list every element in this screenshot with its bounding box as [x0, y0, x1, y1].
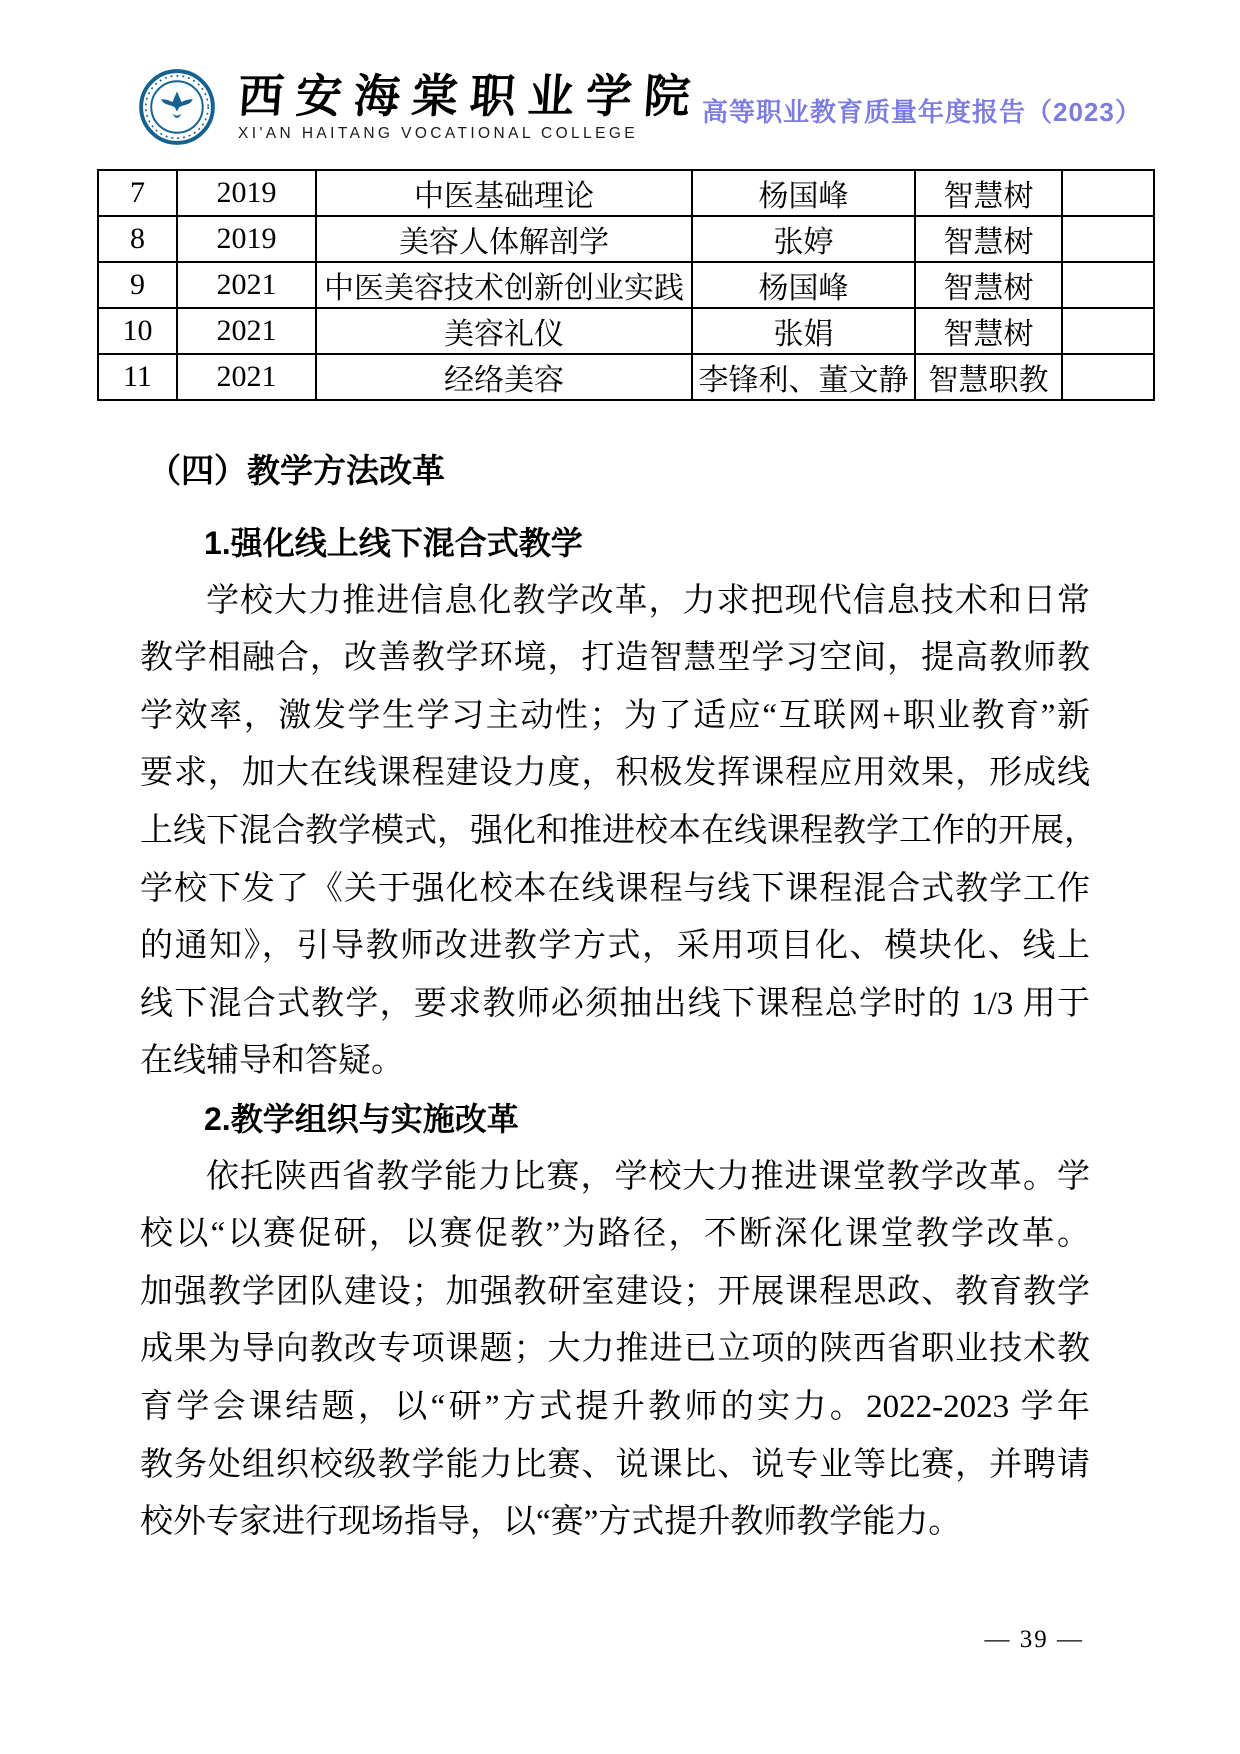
cell-course: 经络美容: [316, 354, 692, 400]
cell-note: [1062, 354, 1154, 400]
cell-teacher: 杨国峰: [692, 262, 915, 308]
cell-course: 中医美容技术创新创业实践: [316, 262, 692, 308]
paragraph-line: 加强教学团队建设；加强教研室建设；开展课程思政、教育教学: [140, 1264, 1090, 1322]
page-number: — 39 —: [985, 1626, 1085, 1654]
paragraph-line: 学效率，激发学生学习主动性；为了适应“互联网+职业教育”新: [140, 688, 1090, 746]
paragraph-line: 的通知》，引导教师改进教学方式，采用项目化、模块化、线上: [140, 918, 1090, 976]
cell-note: [1062, 262, 1154, 308]
cell-note: [1062, 216, 1154, 262]
paragraph-line: 线下混合式教学，要求教师必须抽出线下课程总学时的 1/3 用于: [140, 976, 1090, 1034]
paragraph-line: 校外专家进行现场指导，以“赛”方式提升教师教学能力。: [140, 1494, 1090, 1552]
cell-platform: 智慧树: [915, 308, 1062, 354]
cell-no: 9: [98, 262, 177, 308]
college-seal-icon: [138, 68, 216, 146]
cell-course: 美容人体解剖学: [316, 216, 692, 262]
table-row: 9 2021 中医美容技术创新创业实践 杨国峰 智慧树: [98, 262, 1154, 308]
cell-teacher: 李锋利、董文静: [692, 354, 915, 400]
cell-teacher: 张婷: [692, 216, 915, 262]
college-name-en: XI'AN HAITANG VOCATIONAL COLLEGE: [238, 125, 702, 143]
cell-teacher: 张娟: [692, 308, 915, 354]
cell-no: 10: [98, 308, 177, 354]
subsection-2-title: 2.教学组织与实施改革: [140, 1091, 1090, 1149]
table-row: 7 2019 中医基础理论 杨国峰 智慧树: [98, 170, 1154, 216]
online-courses-table: 7 2019 中医基础理论 杨国峰 智慧树 8 2019 美容人体解剖学 张婷 …: [97, 169, 1155, 401]
college-brand: 西安海棠职业学院 XI'AN HAITANG VOCATIONAL COLLEG…: [138, 68, 702, 146]
paragraph-line: 要求，加大在线课程建设力度，积极发挥课程应用效果，形成线: [140, 745, 1090, 803]
paragraph-line: 依托陕西省教学能力比赛，学校大力推进课堂教学改革。学: [140, 1149, 1090, 1207]
subsection-1-title: 1.强化线上线下混合式教学: [140, 515, 1090, 573]
page-header: 西安海棠职业学院 XI'AN HAITANG VOCATIONAL COLLEG…: [0, 0, 1240, 146]
cell-year: 2019: [177, 170, 316, 216]
paragraph-line: 成果为导向教改专项课题；大力推进已立项的陕西省职业技术教: [140, 1321, 1090, 1379]
body-text: 1.强化线上线下混合式教学 学校大力推进信息化教学改革，力求把现代信息技术和日常…: [140, 515, 1090, 1552]
paragraph-line: 育学会课结题，以“研”方式提升教师的实力。2022-2023 学年: [140, 1379, 1090, 1437]
report-title: 高等职业教育质量年度报告（2023）: [702, 92, 1142, 129]
cell-no: 7: [98, 170, 177, 216]
paragraph-line: 校以“以赛促研，以赛促教”为路径，不断深化课堂教学改革。: [140, 1206, 1090, 1264]
cell-note: [1062, 170, 1154, 216]
paragraph-line: 上线下混合教学模式，强化和推进校本在线课程教学工作的开展，: [140, 803, 1090, 861]
college-name-block: 西安海棠职业学院 XI'AN HAITANG VOCATIONAL COLLEG…: [238, 71, 702, 143]
paragraph-line: 学校下发了《关于强化校本在线课程与线下课程混合式教学工作: [140, 861, 1090, 919]
cell-no: 11: [98, 354, 177, 400]
cell-year: 2021: [177, 262, 316, 308]
cell-no: 8: [98, 216, 177, 262]
paragraph-line: 教学相融合，改善教学环境，打造智慧型学习空间，提高教师教: [140, 630, 1090, 688]
section-heading: （四）教学方法改革: [148, 447, 1240, 495]
cell-platform: 智慧职教: [915, 354, 1062, 400]
college-name-cn: 西安海棠职业学院: [236, 71, 703, 121]
table-row: 8 2019 美容人体解剖学 张婷 智慧树: [98, 216, 1154, 262]
cell-note: [1062, 308, 1154, 354]
document-page: 西安海棠职业学院 XI'AN HAITANG VOCATIONAL COLLEG…: [0, 0, 1240, 1754]
cell-platform: 智慧树: [915, 170, 1062, 216]
cell-course: 美容礼仪: [316, 308, 692, 354]
table-row: 11 2021 经络美容 李锋利、董文静 智慧职教: [98, 354, 1154, 400]
cell-teacher: 杨国峰: [692, 170, 915, 216]
cell-year: 2019: [177, 216, 316, 262]
cell-course: 中医基础理论: [316, 170, 692, 216]
paragraph-line: 在线辅导和答疑。: [140, 1033, 1090, 1091]
table-row: 10 2021 美容礼仪 张娟 智慧树: [98, 308, 1154, 354]
cell-year: 2021: [177, 354, 316, 400]
paragraph-line: 学校大力推进信息化教学改革，力求把现代信息技术和日常: [140, 573, 1090, 631]
cell-year: 2021: [177, 308, 316, 354]
cell-platform: 智慧树: [915, 216, 1062, 262]
paragraph-line: 教务处组织校级教学能力比赛、说课比、说专业等比赛，并聘请: [140, 1437, 1090, 1495]
cell-platform: 智慧树: [915, 262, 1062, 308]
